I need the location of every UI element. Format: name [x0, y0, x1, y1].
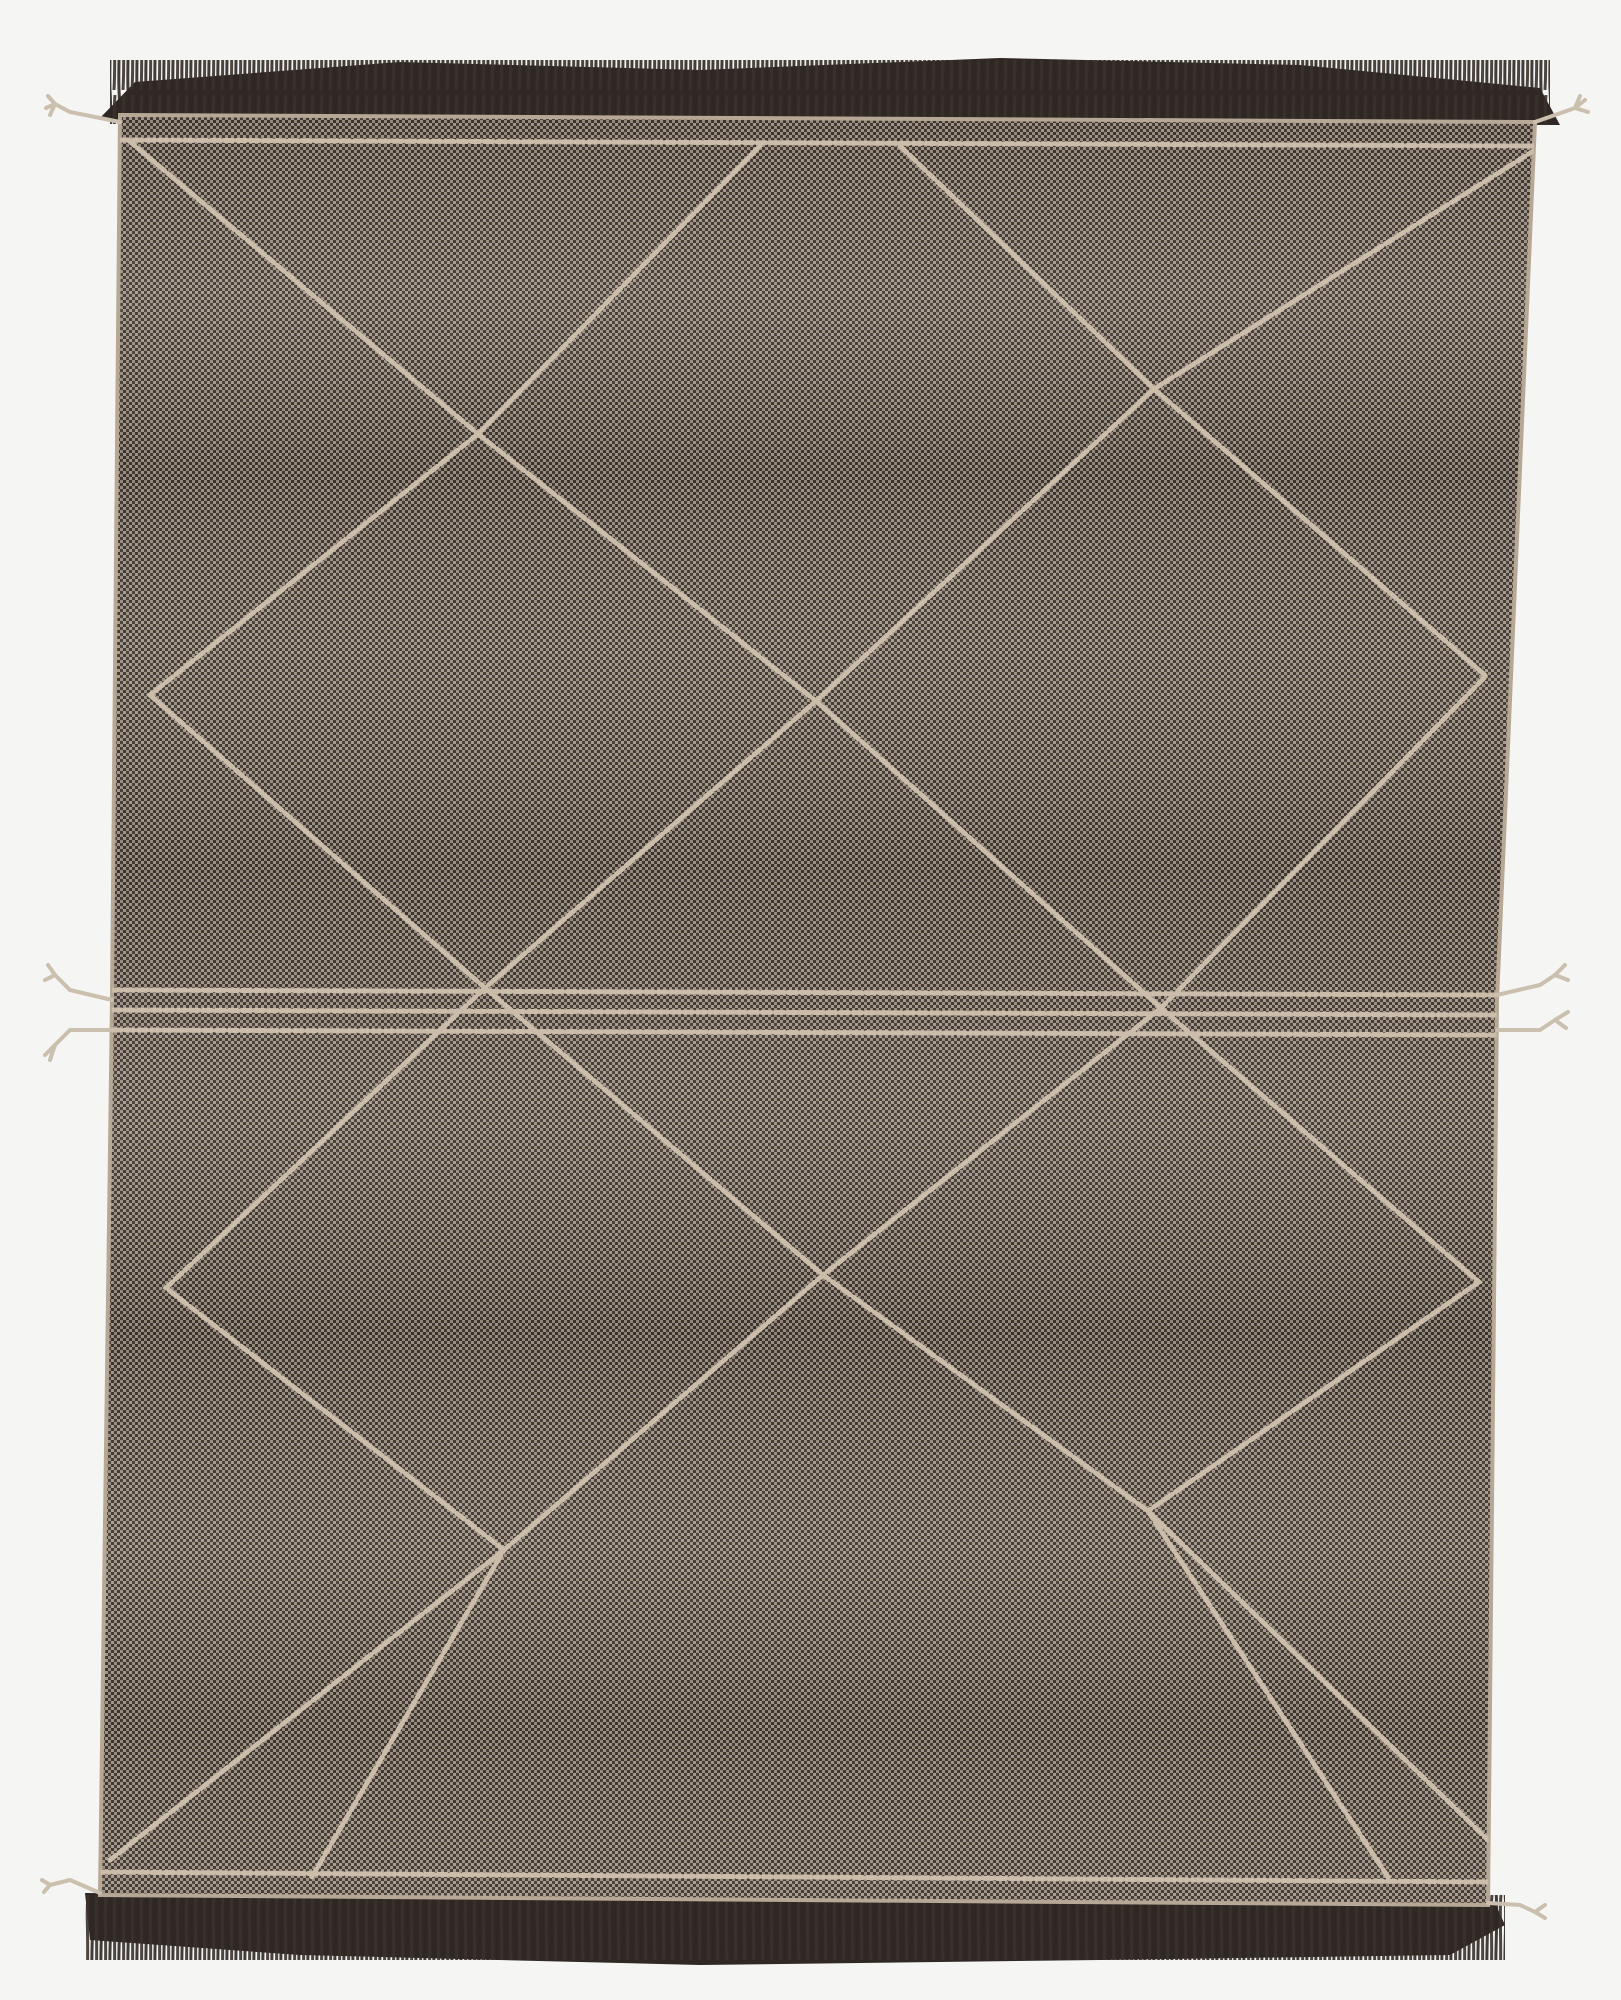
- rug-photo: [0, 0, 1621, 2000]
- rug-illustration: [0, 0, 1621, 2000]
